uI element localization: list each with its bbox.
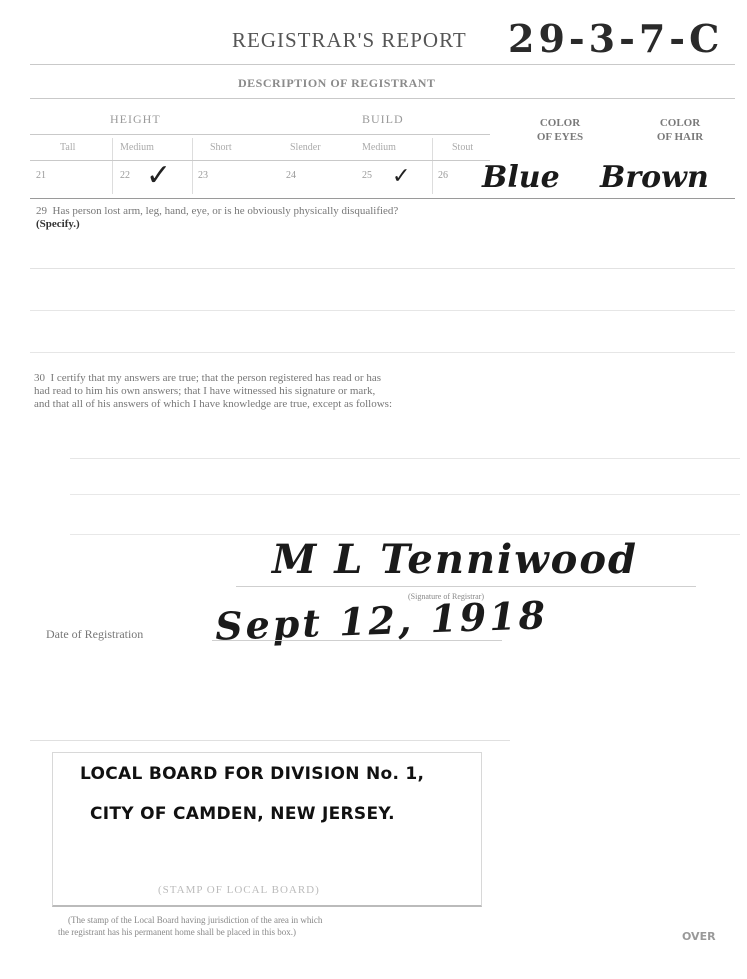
date-label: Date of Registration xyxy=(46,627,143,642)
field-number-23: 23 xyxy=(198,170,208,181)
height-tall-label: Tall xyxy=(60,142,75,153)
eye-color-heading: COLOR OF EYES xyxy=(520,116,600,144)
field-number-25: 25 xyxy=(362,170,372,181)
table-bottom-divider xyxy=(30,198,735,199)
subtitle-divider xyxy=(30,98,735,99)
report-title: REGISTRAR'S REPORT xyxy=(232,28,467,53)
registrar-signature: M L Tenniwood xyxy=(272,536,638,583)
build-medium-label: Medium xyxy=(362,142,396,153)
stamp-line-2: CITY OF CAMDEN, NEW JERSEY. xyxy=(90,804,395,824)
build-stout-label: Stout xyxy=(452,142,473,153)
serial-number: 29-3-7-C xyxy=(508,16,723,61)
build-medium-check-icon: ✓ xyxy=(392,164,410,189)
over-label: OVER xyxy=(682,930,716,943)
answer-line xyxy=(30,268,735,269)
header-divider xyxy=(30,64,735,65)
answer-line xyxy=(30,310,735,311)
answer-line xyxy=(30,352,735,353)
eye-color-value: Blue xyxy=(482,160,560,195)
answer-line xyxy=(70,534,740,535)
question-29: 29 Has person lost arm, leg, hand, eye, … xyxy=(36,205,741,231)
height-short-label: Short xyxy=(210,142,232,153)
stamp-caption: (STAMP OF LOCAL BOARD) xyxy=(158,884,320,896)
hair-color-heading: COLOR OF HAIR xyxy=(640,116,720,144)
height-medium-check-icon: ✓ xyxy=(146,158,171,193)
height-heading: HEIGHT xyxy=(110,112,161,127)
stamp-top-line xyxy=(30,740,510,741)
field-number-24: 24 xyxy=(286,170,296,181)
build-heading: BUILD xyxy=(362,112,404,127)
signature-line xyxy=(236,586,696,587)
field-number-21: 21 xyxy=(36,170,46,181)
build-slender-label: Slender xyxy=(290,142,321,153)
table-header-divider xyxy=(30,134,490,135)
answer-line xyxy=(70,458,740,459)
stamp-line-1: LOCAL BOARD FOR DIVISION No. 1, xyxy=(80,764,424,784)
height-medium-label: Medium xyxy=(120,142,154,153)
col-divider xyxy=(192,138,193,194)
question-30: 30 I certify that my answers are true; t… xyxy=(34,372,744,411)
col-divider xyxy=(112,138,113,194)
table-subheader-divider xyxy=(30,160,490,161)
date-line xyxy=(212,640,502,641)
stamp-footnote: (The stamp of the Local Board having jur… xyxy=(58,914,518,938)
hair-color-value: Brown xyxy=(600,160,709,195)
col-divider xyxy=(432,138,433,194)
answer-line xyxy=(70,494,740,495)
field-number-22: 22 xyxy=(120,170,130,181)
section-subtitle: DESCRIPTION OF REGISTRANT xyxy=(238,76,435,91)
field-number-26: 26 xyxy=(438,170,448,181)
